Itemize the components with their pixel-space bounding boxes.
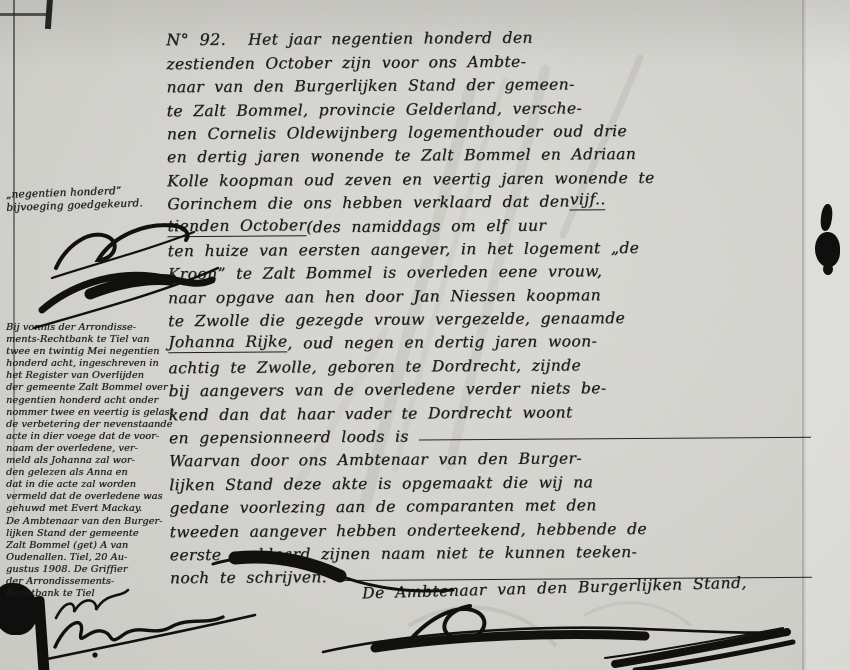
margin-note-line: vermeld dat de overledene was <box>6 491 164 503</box>
margin-note-line: naam der overledene, ver- <box>6 443 164 455</box>
margin-note-line: honderd acht, ingeschreven in <box>6 358 164 370</box>
margin-note-line: twee en twintig Mei negentien <box>6 346 164 358</box>
registrar-signature <box>315 592 800 670</box>
margin-note-line: negentien honderd acht onder <box>6 395 164 407</box>
corner-ink-mark <box>0 13 46 16</box>
margin-signature-2 <box>30 260 225 338</box>
ink-blot <box>823 263 833 275</box>
scanned-death-record: N° 92.Het jaar negentien honderd den zes… <box>0 0 850 670</box>
margin-note-line: Zalt Bommel (get) A van <box>6 540 164 552</box>
act-body-text: N° 92.Het jaar negentien honderd den zes… <box>166 22 818 588</box>
witness-signature-kolle <box>45 603 260 667</box>
margin-note-line: nommer twee en veertig is gelast <box>6 407 164 419</box>
margin-note-line: dat in die acte zal worden <box>6 479 164 491</box>
corner-ink-mark <box>45 0 53 29</box>
ink-blot <box>815 232 840 267</box>
margin-court-note: Bij vonnis der Arrondisse-ments-Rechtban… <box>6 322 164 600</box>
margin-note-line: gehuwd met Evert Mackay. <box>6 503 164 515</box>
underlined-date-part: vijf.. <box>570 190 606 210</box>
margin-note-line: meld als Johanna zal wor- <box>6 455 164 467</box>
margin-note-line: der gemeente Zalt Bommel over <box>6 382 164 394</box>
act-number: N° 92. <box>166 30 226 49</box>
margin-note-line: de verbetering der nevenstaande <box>6 419 164 431</box>
margin-note-line: den gelezen als Anna en <box>6 467 164 479</box>
margin-note-line: acte in dier voege dat de voor- <box>6 431 164 443</box>
margin-note-line: lijken Stand der gemeente <box>6 528 164 540</box>
filler-rule <box>419 437 811 441</box>
margin-note-line: het Register van Overlijden <box>6 370 164 382</box>
margin-note-line: Oudenallen. Tiel, 20 Au- <box>6 552 164 564</box>
margin-approval-note: „negentien honderd” bijvoeging goedgekeu… <box>6 183 175 215</box>
margin-note-line: gustus 1908. De Griffier <box>6 564 164 576</box>
margin-note-line: De Ambtenaar van den Burger- <box>6 516 164 528</box>
